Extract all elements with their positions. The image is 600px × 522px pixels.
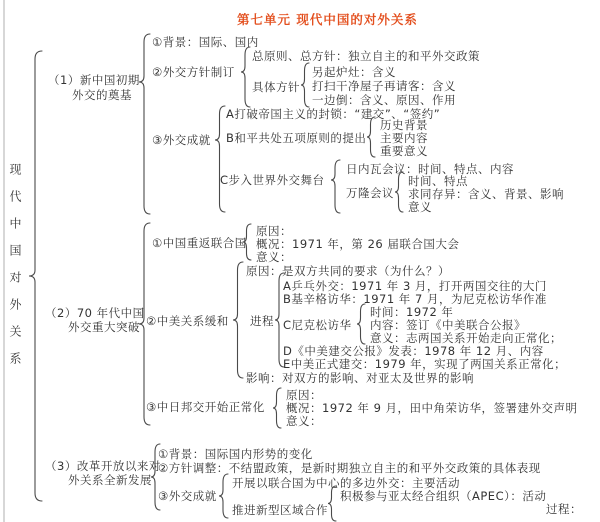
node-b2-un: ①中国重返联合国 — [152, 237, 247, 250]
brace-connector — [232, 261, 245, 379]
brace-connector — [138, 33, 152, 215]
node-b2-un-item3: 意义： — [256, 251, 292, 264]
brace-connector — [366, 116, 377, 158]
node-b2-japan: ③中日邦交开始正常化 — [146, 401, 265, 414]
branch2-label-line1: （2）70 年代中国 — [45, 307, 145, 320]
node-b2-us-impact: 影响：对双方的影响、对亚太及世界的影响 — [246, 372, 474, 385]
node-b2-process-e: E中美正式建交：1979 年，实现了两国关系正常化； — [283, 358, 566, 371]
node-b2-japan-item2: 概况：1972 年 9 月，田中角荣访华，签署建外交声明 — [286, 402, 578, 415]
brace-connector — [300, 62, 311, 108]
brace-connector — [28, 50, 44, 502]
branch1-label-line2: 外交的奠基 — [72, 89, 132, 102]
brace-connector — [330, 159, 342, 214]
node-b3-apec: 积极参与亚太经合组织（APEC）：活动 — [340, 490, 546, 503]
root-label: 现代中国对外关系 — [7, 163, 24, 379]
node-b3-regional: 推进新型区域合作 — [232, 504, 328, 517]
node-b3-process: 过程： — [546, 503, 582, 516]
node-b1-achievements: ③外交成就 — [152, 134, 211, 147]
node-b1-achv-c: C步入世界外交舞台 — [220, 174, 325, 187]
page-left-edge — [3, 0, 5, 522]
branch1-label-line1: （1）新中国初期 — [48, 74, 140, 87]
brace-connector — [240, 46, 252, 108]
branch3-label-line1: （3）改革开放以来对 — [45, 460, 161, 473]
node-b1-achv-b-item3: 重要意义 — [380, 145, 428, 158]
node-b1-policy: ②外交方针制订 — [152, 66, 235, 79]
node-b1-concrete-item1: 另起炉灶：含义 — [312, 66, 396, 79]
brace-connector — [394, 171, 405, 213]
node-b2-us: ②中美关系缓和 — [146, 315, 229, 328]
brace-connector — [356, 303, 367, 345]
node-b2-japan-item3: 意义： — [286, 415, 322, 428]
node-b1-bandung: 万隆会议 — [346, 187, 394, 200]
node-b1-bandung-item3: 意义 — [408, 201, 432, 214]
node-b3-achievements: ③外交成就 — [158, 490, 217, 503]
node-b1-policy-concrete: 具体方针 — [252, 81, 300, 94]
node-b1-policy-principle: 总原则、总方针：独立自主的和平外交政策 — [252, 50, 480, 63]
concept-map-canvas: 第七单元 现代中国的对外关系 现代中国对外关系 （1）新中国初期 外交的奠基 ①… — [0, 0, 600, 522]
diagram-title: 第七单元 现代中国的对外关系 — [237, 10, 418, 28]
brace-connector — [327, 485, 338, 522]
brace-connector — [218, 473, 230, 519]
node-b1-background: ①背景：国际、国内 — [152, 36, 259, 49]
node-b1-concrete-item2: 打扫干净屋子再请客：含义 — [312, 80, 456, 93]
node-b3-background: ①背景：国际国内形势的变化 — [158, 448, 313, 461]
branch3-label-line2: 外关系全新发展 — [68, 474, 152, 487]
node-b2-us-process: 进程 — [250, 315, 274, 328]
brace-connector — [272, 387, 283, 429]
branch2-label-line2: 外交重大突破 — [68, 321, 140, 334]
node-b1-concrete-item3: 一边倒：含义、原因、作用 — [312, 94, 456, 107]
node-b2-process-c: C尼克松访华 — [283, 319, 352, 332]
node-b1-achv-b: B和平共处五项原则的提出 — [226, 132, 366, 145]
node-b2-us-reason: 原因：是双方共同的要求（为什么？） — [246, 265, 450, 278]
node-b3-adjust: ②方针调整：不结盟政策，是新时期独立自主的和平外交政策的具体表现 — [158, 462, 541, 475]
